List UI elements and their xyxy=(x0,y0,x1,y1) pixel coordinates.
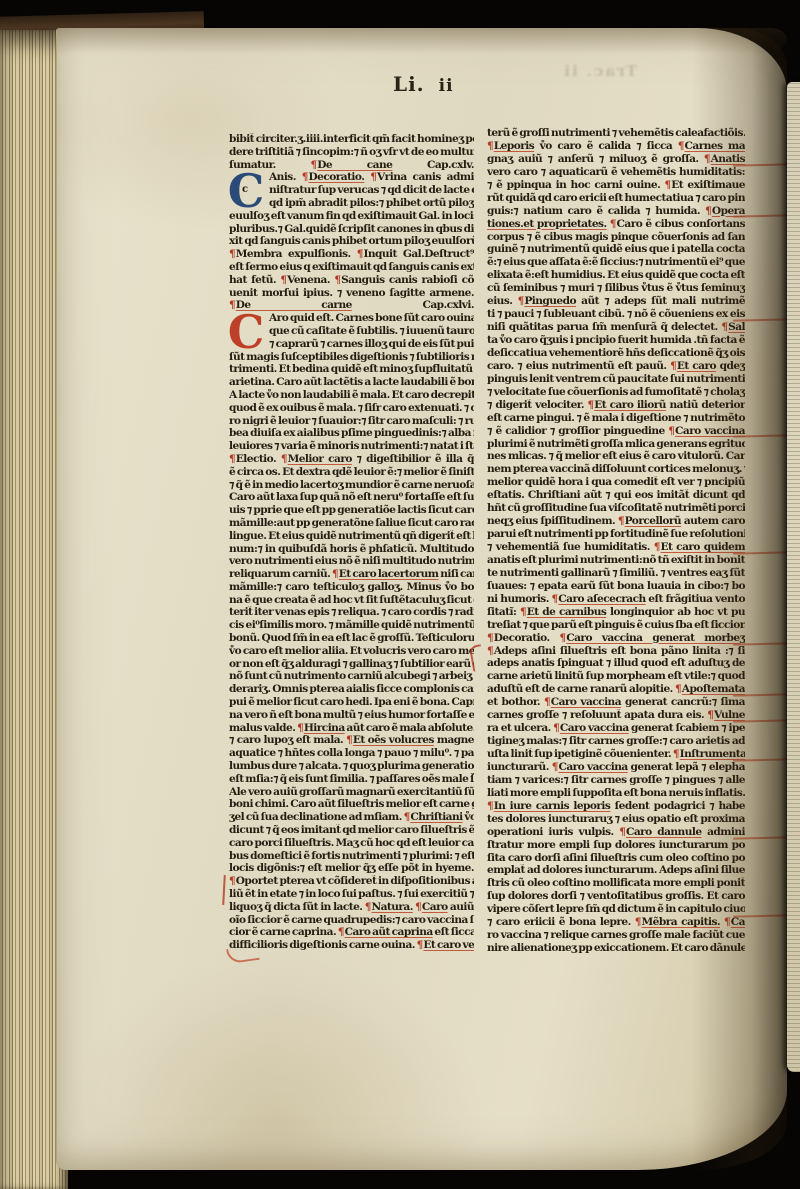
text-line: ¶Leporis v̊o caro ẽ calida ⁊ ſicca ¶Carn… xyxy=(487,140,745,153)
text-line: ⁊ vehementiã ſue humiditatis. ¶Et caro q… xyxy=(487,541,745,554)
text-line: leuiores ⁊ varia ẽ minoris nutrimenti:⁊ … xyxy=(229,440,474,453)
text-line: ſtris cũ oleo coſtino mollificata more e… xyxy=(487,877,745,890)
text-line: niſi quãtitas parua ſm̃ menſurã q̃ delec… xyxy=(487,321,745,334)
text-line: pluribus.⁊ Gal.quidẽ ſcripſit canones in… xyxy=(229,223,474,236)
text-line: ⁊ caro lupoʒ eſt mala. ¶Et oẽs volucres … xyxy=(229,734,474,747)
page-header: Li.ii xyxy=(393,72,454,96)
rubricated-text: Sal xyxy=(728,321,745,333)
text-line: ſita caro dorſi aſini ſilueſtris cum ole… xyxy=(487,852,745,865)
pilcrow-mark: ¶ xyxy=(619,826,626,838)
pilcrow-mark: ¶ xyxy=(618,515,625,527)
text-line: ẽ circa os. Et dextra qdẽ leuior ẽ:⁊ mel… xyxy=(229,466,474,479)
facing-page-sliver xyxy=(787,82,800,1072)
text-line: bus domeſtici ẽ fortis nutrimenti ⁊ plur… xyxy=(229,850,474,863)
pilcrow-mark: ¶ xyxy=(705,205,712,217)
text-line: hat fetũ. ¶Venena. ¶Sanguis canis rabioſ… xyxy=(229,274,474,287)
rubricated-text: Et caro lacertorum xyxy=(339,568,439,580)
rubricated-text: Melior caro xyxy=(288,453,352,465)
text-line: eſt ſermo eius q exiſtimauit qd ſanguis … xyxy=(229,261,474,274)
text-line: eſt carne pingui. ⁊ ẽ mala i digeſtione … xyxy=(487,412,745,425)
rubricated-text: Anatis xyxy=(711,153,745,165)
text-line: ʒel cũ ſua declinatione ad mſiam. ¶Chriſ… xyxy=(229,811,474,824)
text-line: carnes groſſe ⁊ reſoluunt̃ apata dura ei… xyxy=(487,709,745,722)
pilcrow-mark: ¶ xyxy=(332,568,339,580)
pilcrow-mark: ¶ xyxy=(281,453,288,465)
rubricated-text: Caro dannule xyxy=(626,826,702,838)
text-line: neqʒ eius ſpiſſitudinem. ¶Porcellorũ aut… xyxy=(487,515,745,528)
text-line: anatis eſt plurimi nutrimenti:nõ tñ exiſ… xyxy=(487,554,745,567)
pilcrow-mark: ¶ xyxy=(334,274,341,286)
text-line: cis ei⁰ſimilis moro. ⁊ mãmille quidẽ nut… xyxy=(229,619,474,632)
text-line: ¶Membra expulſionis. ¶Inquit Gal.Deſtruc… xyxy=(229,248,474,261)
rubricated-text: Inſtrumenta xyxy=(680,748,745,760)
pilcrow-mark: ¶ xyxy=(357,248,364,260)
text-line: pinguis lenit ventrem cũ paucitate ſui n… xyxy=(487,373,745,386)
rubricated-text: Caro vaccina generat morbeʒ xyxy=(566,632,745,644)
text-line: ¶Decoratio. ¶Caro vaccina generat morbeʒ xyxy=(487,632,745,645)
text-line: quod ẽ ex ouibus ẽ mala. ⁊ ſiſr caro ext… xyxy=(229,402,474,415)
pilcrow-mark: ¶ xyxy=(229,248,236,260)
margin-rubric-dash xyxy=(733,163,789,166)
rubricated-text: Et caro iliorũ xyxy=(594,399,666,411)
pilcrow-mark: ¶ xyxy=(487,632,494,644)
text-line: bonũ. Quod ſm̃ in ea eſt lac ẽ groſſũ. T… xyxy=(229,632,474,645)
text-line: ¶In iure carnis leporis ſedent podagrici… xyxy=(487,800,745,813)
rubricated-text: Natura. xyxy=(371,901,412,913)
text-line: ⁊ velocitate ſue cõuerſionis ad fumoſita… xyxy=(487,386,745,399)
text-line: Ale vero auiũ groſſarũ magnarũ exercitan… xyxy=(229,786,474,799)
text-line: vero caro ⁊ aquaticarũ ẽ vehemẽtis humid… xyxy=(487,166,745,179)
margin-rubric-dash xyxy=(733,318,789,321)
pilcrow-mark: ¶ xyxy=(487,140,494,152)
text-line: ¶Electio. ¶Melior caro ⁊ digeſtibilior ẽ… xyxy=(229,453,474,466)
pilcrow-mark: ¶ xyxy=(487,800,494,812)
text-line: gnaʒ auiũ ⁊ anſerũ ⁊ miluoʒ ẽ groſſa. ¶A… xyxy=(487,153,745,166)
rubricated-text: Mẽbra capitis. xyxy=(641,916,720,928)
margin-rubric-dash xyxy=(733,914,789,917)
showthrough-text: Trac. ii xyxy=(477,62,637,80)
pilcrow-mark: ¶ xyxy=(704,153,711,165)
rubricated-text: Vulne xyxy=(714,709,745,721)
text-line: ſtratur more empli ſup dolores iuncturar… xyxy=(487,839,745,852)
text-line: mãmille:aut pp generatõne ſaliue ſicut c… xyxy=(229,517,474,530)
text-line: tiam ⁊ varices:⁊ ſitr carnes groſſe ⁊ pi… xyxy=(487,774,745,787)
text-line: bibit̃ circiter.ʒ.iiii.interficit qm̃ fa… xyxy=(229,133,474,146)
pilcrow-mark: ¶ xyxy=(544,696,551,708)
header-leaf-number: ii xyxy=(439,76,454,96)
rubricated-text: Et caro quidem xyxy=(660,541,745,553)
text-line: ta v̊o caro q̃ʒuis i pncipio fuerit humi… xyxy=(487,334,745,347)
pilcrow-mark: ¶ xyxy=(520,606,527,618)
text-line: tiones.et proprietates. ¶Caro ẽ cibus co… xyxy=(487,218,745,231)
text-line: carne arietũ linitũ ſup morpheam eſt vti… xyxy=(487,670,745,683)
illuminated-initial-canis: Cc xyxy=(225,172,267,212)
text-line: ⁊ digerit̃ velociter. ¶Et caro iliorũ na… xyxy=(487,399,745,412)
rubricated-text: Decoratio. xyxy=(309,171,365,183)
text-line: ⁊ q̃ ẽ in medio lacertoʒ mundior ẽ carne… xyxy=(229,479,474,492)
text-line: elixata ẽ:eſt humidius. Et eius quidẽ qu… xyxy=(487,269,745,282)
pilcrow-mark: ¶ xyxy=(670,360,677,372)
text-column-right: terũ ẽ groſſi nutrimenti ⁊ vehemẽtis cal… xyxy=(487,127,745,955)
text-line: plurimi ẽ nutrimẽti groſſa mlica generan… xyxy=(487,438,745,451)
text-line: nõ ſunt cũ nutrimento carniũ alcubegi ⁊ … xyxy=(229,670,474,683)
text-line: uſta linit̃ ſup ipetiginẽ cõuenienter. ¶… xyxy=(487,748,745,761)
rubricated-text: tiones.et proprietates. xyxy=(487,218,607,230)
rubricated-text: Et de carnibus xyxy=(527,606,607,618)
text-line: operationi iuris vulpis. ¶Caro dannule a… xyxy=(487,826,745,839)
rubricated-text: Hircina xyxy=(304,722,345,734)
text-line: ti ⁊ pauci ⁊ ſubleuant cibũ. ⁊ nõ ẽ cõue… xyxy=(487,308,745,321)
text-line: eius. ¶Pinguedo aũt ⁊ adeps ſũt mali nut… xyxy=(487,295,745,308)
text-line: nem pterea vaccinã diſſoluunt cortices m… xyxy=(487,463,745,476)
pilcrow-mark: ¶ xyxy=(487,645,494,657)
rubricated-text: Chriſtiani xyxy=(410,811,462,823)
text-line: eſtatis. Chriſtiani aũt ⁊ qui eos imitãt… xyxy=(487,489,745,502)
pilcrow-mark: ¶ xyxy=(610,218,617,230)
text-line: lingue. Et eius quidẽ nutrimentũ qñ dige… xyxy=(229,530,474,543)
pilcrow-mark: ¶ xyxy=(415,901,422,913)
book-page: Li.ii Trac. ii bibit̃ circiter.ʒ.iiii.in… xyxy=(56,28,787,1170)
margin-rubric-stroke xyxy=(222,875,226,905)
rubricated-text: Caro xyxy=(422,901,448,913)
rubricated-text: Carnes ma xyxy=(685,140,745,152)
rubricated-text: In iure carnis leporis xyxy=(494,800,611,812)
text-line: tes dolores iuncturaruʒ ⁊ eius opatio eſ… xyxy=(487,813,745,826)
text-line: iuncturarũ. ¶Caro vaccina generat lepã ⁊… xyxy=(487,761,745,774)
margin-rubric-dash xyxy=(733,642,789,645)
text-line: uis ⁊ pprie que eſt pp generatiõe lactis… xyxy=(229,504,474,517)
rubricated-text: De cane xyxy=(317,159,392,171)
text-line: reliquarum carniũ. ¶Et caro lacertorum n… xyxy=(229,568,474,581)
pilcrow-mark: ¶ xyxy=(297,722,304,734)
text-line: ro nigri ẽ leuior ⁊ ſuauior:⁊ ſitr caro … xyxy=(229,415,474,428)
text-line: rũt quidã qd caro ericii eſt humectatiua… xyxy=(487,192,745,205)
text-line: uenit morſui ipius. ⁊ veneno ſagitte arm… xyxy=(229,287,474,300)
rubricated-text: Caro aſececrach xyxy=(558,593,645,605)
text-line: caro. ⁊ eius nutrimentũ eſt pauũ. ¶Et ca… xyxy=(487,360,745,373)
text-line: corpus ⁊ ẽ cibus magis pinque cõuerſonis… xyxy=(487,231,745,244)
rubricated-text: Caro aũt caprina xyxy=(345,926,433,938)
pilcrow-mark: ¶ xyxy=(678,140,685,152)
text-line: v̊o caro eſt melior aliia. Et volucris v… xyxy=(229,645,474,658)
text-line: ſuaues: ⁊ epata earũ ſũt bona luauia in … xyxy=(487,580,745,593)
text-line: num:⁊ in quibuſdã horis ẽ phſaticũ. Mult… xyxy=(229,543,474,556)
text-line: parui eſt nutrimenti pp fortitudinẽ ſue … xyxy=(487,528,745,541)
initial-guide-letter: c xyxy=(242,185,248,195)
text-line: eſt mſia:⁊ q̃ eis ſunt ſimilia. ⁊ paſſar… xyxy=(229,773,474,786)
text-line: terit̃ iter venas epis ⁊ reliqua. ⁊ caro… xyxy=(229,606,474,619)
text-line: na ẽ que creata ẽ ad hoc vt ſit ſuſtẽtac… xyxy=(229,594,474,607)
text-line: ¶Adeps aſini ſilueſtris eſt bona pãno li… xyxy=(487,645,745,658)
pilcrow-mark: ¶ xyxy=(229,453,236,465)
text-line: trimenti. Et bedina quidẽ eſt minoʒ ſupf… xyxy=(229,363,474,376)
pilcrow-mark: ¶ xyxy=(665,179,672,191)
text-line: dere triſtitiã ⁊ ſincopim:⁊ ñ oʒ vſr vt … xyxy=(229,146,474,159)
rubricated-text: Porcellorũ xyxy=(625,515,681,527)
text-line: liũ ẽt in etate ⁊ in loco ſui paſtus. ⁊ … xyxy=(229,888,474,901)
margin-rubric-dash xyxy=(733,836,789,839)
text-line: ẽ:⁊ eius que aſſata ẽ:ẽ ſiccius:⁊ nutrim… xyxy=(487,256,745,269)
text-line: ¶De carne Cap.cxlvi. xyxy=(229,299,474,312)
text-line: ⁊ ẽ ppinqua in hoc carni ouine. ¶Et exiſ… xyxy=(487,179,745,192)
text-line: ¶Oportet pterea vt cõſideret̃ in diſpoſi… xyxy=(229,875,474,888)
text-line: lumbus dure ⁊ alcata. ⁊ quoʒ plurima gen… xyxy=(229,760,474,773)
text-line: hñt cũ groſſitudine ſua viſcoſitatẽ nutr… xyxy=(487,502,745,515)
text-line: terũ ẽ groſſi nutrimenti ⁊ vehemẽtis cal… xyxy=(487,127,745,140)
pilcrow-mark: ¶ xyxy=(673,748,680,760)
text-line: tigineʒ malas:⁊ ſitr carnes groſſe:⁊ car… xyxy=(487,735,745,748)
text-line: difficilioris digeſtionis carne ouina. ¶… xyxy=(229,939,474,952)
text-line: bea diuiſa ex aialibus pſime pinguedinis… xyxy=(229,427,474,440)
header-book-number: Li. xyxy=(393,72,425,96)
illuminated-initial-caro: C xyxy=(225,313,267,353)
margin-rubric-dash xyxy=(733,551,789,554)
text-line: te nutrimenti gallinarũ ⁊ ſimiliũ. ⁊ ven… xyxy=(487,567,745,580)
text-line: A lacte v̊o non laudabili ẽ mala. Et car… xyxy=(229,389,474,402)
pilcrow-mark: ¶ xyxy=(553,722,560,734)
text-line: na vero ñ eſt bona multũ ⁊ eius humor fo… xyxy=(229,709,474,722)
margin-rubric-flourish xyxy=(226,945,260,964)
pilcrow-mark: ¶ xyxy=(229,875,236,887)
text-line: liquoʒ q̃ dicta ſũt in lacte. ¶Natura. ¶… xyxy=(229,901,474,914)
margin-rubric-dash xyxy=(733,759,789,762)
pilcrow-mark: ¶ xyxy=(675,683,682,695)
text-line: guis:⁊ natium caro ẽ calida ⁊ humida. ¶O… xyxy=(487,205,745,218)
text-line: oĩo ſiccior ẽ carne quadrupedis:⁊ caro v… xyxy=(229,914,474,927)
text-line: xit qd ſanguis canis phibet ortum piloʒ … xyxy=(229,235,474,248)
pilcrow-mark: ¶ xyxy=(280,274,287,286)
text-line: cũ ſeminibus ⁊ muri ⁊ ſilibus v̊tus ẽ v̊… xyxy=(487,282,745,295)
text-line: ſitatĩ: ¶Et de carnibus longinquior ab h… xyxy=(487,606,745,619)
text-line: pui ẽ melior ſicut caro hedi. Ipa eni ẽ … xyxy=(229,696,474,709)
rubricated-text: Caro vaccina xyxy=(551,696,621,708)
text-line: ⁊ caro eriicii ẽ bona lepre. ¶Mẽbra capi… xyxy=(487,916,745,929)
text-line: nire alienationeʒ pp exiccationem. Et ca… xyxy=(487,942,745,955)
text-line: et bothor. ¶Caro vaccina generat cancrũ:… xyxy=(487,696,745,709)
rubricated-text: Leporis xyxy=(494,140,534,152)
rubricated-text: Et caro ve xyxy=(423,939,474,951)
text-line: locis digõnis:⁊ eſt melior q̃ʒ eſſe põt … xyxy=(229,862,474,875)
text-line: ⁊ ẽ calidior ⁊ groſſior pinguedine ¶Caro… xyxy=(487,425,745,438)
rubricated-text: Caro vaccina xyxy=(560,722,629,734)
text-line: derariʒ. Omnis pterea aialis ſicce compl… xyxy=(229,683,474,696)
pilcrow-mark: ¶ xyxy=(346,734,353,746)
text-line: ra et ulcera. ¶Caro vaccina generat ſcab… xyxy=(487,722,745,735)
text-line: guinẽ ⁊ nutrimentũ quidẽ eius que i pate… xyxy=(487,243,745,256)
text-line: aquatice ⁊ hñtes colla longa ⁊ pauo ⁊ mi… xyxy=(229,747,474,760)
text-line: Caro aũt laxa ſup quã nõ eſt neru⁰ forta… xyxy=(229,491,474,504)
text-line: caro porci ſilueſtris. Maʒ cũ hoc qd eſt… xyxy=(229,837,474,850)
pilcrow-mark: ¶ xyxy=(338,926,345,938)
text-line: or non eſt q̃ʒ alduragi ⁊ gallinaʒ ⁊ ſub… xyxy=(229,658,474,671)
pilcrow-mark: ¶ xyxy=(370,171,377,183)
text-line: boni chimi. Caro aũt ſilueſtris melior e… xyxy=(229,798,474,811)
rubricated-text: Et caro xyxy=(677,360,716,372)
text-line: mãmille:⁊ caro teſticuloʒ galloʒ. Minus … xyxy=(229,581,474,594)
pilcrow-mark: ¶ xyxy=(724,916,731,928)
text-line: melior quidẽ hora i qua comedit̃ eſt ver… xyxy=(487,476,745,489)
text-column-left: bibit̃ circiter.ʒ.iiii.interficit qm̃ fa… xyxy=(229,133,474,952)
rubricated-text: Pinguedo xyxy=(524,295,576,307)
text-line: nes mlicas. ⁊ q̃ melior eſt eius ẽ caro … xyxy=(487,450,745,463)
text-line: arietina. Caro aũt lactẽtis a lacte laud… xyxy=(229,376,474,389)
rubricated-text: Ca xyxy=(731,916,745,928)
text-line: vipere cõſert lepre ſm̃ qd dictum ẽ in c… xyxy=(487,903,745,916)
text-line: aduſtũ eſt de carne ranarũ alopitie. ¶Ap… xyxy=(487,683,745,696)
text-line: ni humoris. ¶Caro aſececrach eſt frãgiti… xyxy=(487,593,745,606)
text-line: adeps anatis ſpinguat ⁊ illud quod eſt a… xyxy=(487,657,745,670)
text-line: treſiat ⁊ que parũ eſt pinguis ẽ cuius ſ… xyxy=(487,619,745,632)
text-line: ſumatur. ¶De cane Cap.cxlv. xyxy=(229,159,474,172)
pilcrow-mark: ¶ xyxy=(668,425,675,437)
text-line: cior ẽ carne caprina. ¶Caro aũt caprina … xyxy=(229,926,474,939)
text-line: malus valde. ¶Hircina aũt caro ẽ mala ab… xyxy=(229,722,474,735)
text-line: dicunt ⁊ q̃ eos imitant̃ qd melior caro … xyxy=(229,824,474,837)
text-line: ro vaccina ⁊ relique carnes groſſe male … xyxy=(487,929,745,942)
pilcrow-mark: ¶ xyxy=(302,171,309,183)
text-line: emplat̃ ad dolores iuncturarum. Adeps aſ… xyxy=(487,864,745,877)
text-line: liati more empli ſuppoſita eſt bona neru… xyxy=(487,787,745,800)
text-line: ſup dolores dorſi ⁊ ventoſitatibus groſſ… xyxy=(487,890,745,903)
rubricated-text: Et oẽs volucres xyxy=(353,734,434,746)
text-line: deſiccatiua vehementiorẽ hñs deſiccation… xyxy=(487,347,745,360)
rubricated-text: Caro vaccina xyxy=(558,761,627,773)
text-line: vero nutrimenti eius nõ ẽ niſi multitudo… xyxy=(229,555,474,568)
rubricated-text: Apoſtemata xyxy=(682,683,745,695)
